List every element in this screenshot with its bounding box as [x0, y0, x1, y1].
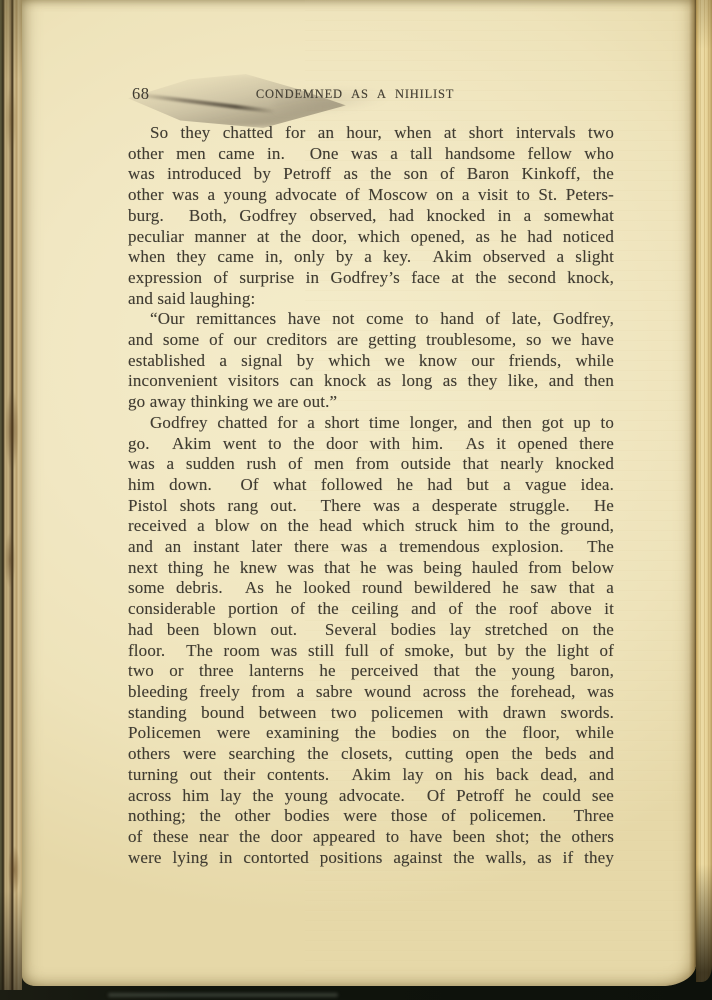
text-line: bleeding freely from a sabre wound acros… — [128, 682, 614, 703]
text-line: standing bound between two policemen wit… — [128, 703, 614, 724]
text-line: considerable portion of the ceiling and … — [128, 599, 614, 620]
paragraph: Godfrey chatted for a short time longer,… — [128, 413, 614, 868]
page-crease-shadow — [689, 0, 696, 986]
text-line: and an instant later there was a tremend… — [128, 537, 614, 558]
text-line: Pistol shots rang out. There was a despe… — [128, 496, 614, 517]
text-line: of these near the door appeared to have … — [128, 827, 614, 848]
text-line: was a sudden rush of men from outside th… — [128, 454, 614, 475]
text-line: established a signal by which we know ou… — [128, 351, 614, 372]
binding-texture — [4, 0, 20, 990]
book-photo: 68 CONDEMNED AS A NIHILIST So they chatt… — [0, 0, 712, 1000]
text-line: others were searching the closets, cutti… — [128, 744, 614, 765]
text-line: inconvenient visitors can knock as long … — [128, 371, 614, 392]
text-line: peculiar manner at the door, which opene… — [128, 227, 614, 248]
page-number: 68 — [132, 84, 150, 104]
text-line: “Our remittances have not come to hand o… — [128, 309, 614, 330]
text-line: nothing; the other bodies were those of … — [128, 806, 614, 827]
text-line: when they came in, only by a key. Akim o… — [128, 247, 614, 268]
text-line: other was a young advocate of Moscow on … — [128, 185, 614, 206]
text-line: was introduced by Petroff as the son of … — [128, 164, 614, 185]
page-text: So they chatted for an hour, when at sho… — [128, 123, 614, 868]
printed-content: 68 CONDEMNED AS A NIHILIST So they chatt… — [128, 84, 614, 868]
text-line: So they chatted for an hour, when at sho… — [128, 123, 614, 144]
running-title: CONDEMNED AS A NIHILIST — [240, 87, 470, 102]
text-line: received a blow on the head which struck… — [128, 516, 614, 537]
text-line: him down. Of what followed he had but a … — [128, 475, 614, 496]
book-page: 68 CONDEMNED AS A NIHILIST So they chatt… — [22, 0, 696, 986]
text-line: turning out their contents. Akim lay on … — [128, 765, 614, 786]
text-line: other men came in. One was a tall handso… — [128, 144, 614, 165]
text-line: expression of surprise in Godfrey’s face… — [128, 268, 614, 289]
text-line: go. Akim went to the door with him. As i… — [128, 434, 614, 455]
book-binding — [0, 0, 22, 990]
page-header: 68 CONDEMNED AS A NIHILIST — [128, 84, 614, 101]
page-fore-edge — [696, 0, 712, 982]
text-line: go away thinking we are out.” — [128, 392, 614, 413]
background-glint — [108, 993, 338, 997]
text-line: next thing he knew was that he was being… — [128, 558, 614, 579]
paragraph: “Our remittances have not come to hand o… — [128, 309, 614, 413]
text-line: Godfrey chatted for a short time longer,… — [128, 413, 614, 434]
text-line: and said laughing: — [128, 289, 614, 310]
text-line: Policemen were examining the bodies on t… — [128, 723, 614, 744]
text-line: were lying in contorted positions agains… — [128, 848, 614, 869]
paragraph: So they chatted for an hour, when at sho… — [128, 123, 614, 309]
text-line: and some of our creditors are getting tr… — [128, 330, 614, 351]
text-line: had been blown out. Several bodies lay s… — [128, 620, 614, 641]
text-line: some debris. As he looked round bewilder… — [128, 578, 614, 599]
text-line: floor. The room was still full of smoke,… — [128, 641, 614, 662]
text-line: two or three lanterns he perceived that … — [128, 661, 614, 682]
text-line: burg. Both, Godfrey observed, had knocke… — [128, 206, 614, 227]
text-line: across him lay the young advocate. Of Pe… — [128, 786, 614, 807]
